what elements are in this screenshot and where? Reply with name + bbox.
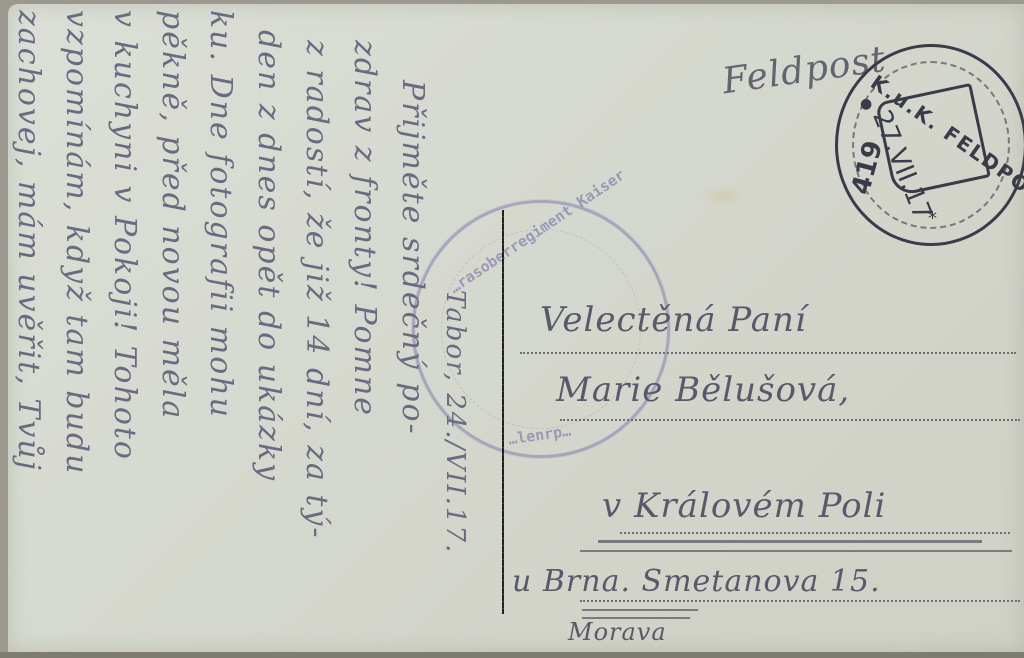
paper-stain	[700, 185, 750, 207]
message-line: den z dnes opět do ukázky	[251, 30, 286, 482]
message-line: z radostí, že již 14 dní, za tý-	[299, 40, 334, 540]
address-name: Marie Bělušová,	[556, 370, 850, 410]
address-salutation: Velectěná Paní	[540, 300, 807, 340]
address-underline-3	[598, 540, 982, 543]
address-rule	[580, 550, 1012, 552]
address-line-3	[620, 532, 1010, 534]
message-line: v kuchyni v Pokoji! Tohoto	[107, 10, 142, 461]
message-address-divider	[502, 210, 504, 614]
address-region: Morava	[568, 618, 667, 646]
postmark-dot: ●	[860, 96, 872, 112]
address-town: v Královém Poli	[602, 486, 886, 526]
message-line: vzpomínám, když tam budu	[59, 10, 94, 475]
message-place-date: Tabor, 24./VII.17.	[440, 290, 470, 554]
address-line-2	[560, 419, 1020, 421]
table-surface	[0, 652, 1024, 658]
message-line: pěkně, před novou měla	[155, 10, 190, 420]
address-line-1	[520, 352, 1016, 354]
message-line: ku. Dne fotografii mohu	[203, 10, 238, 419]
message-line: zdrav z fronty! Pomne	[347, 40, 382, 417]
postmark-star: *	[928, 208, 937, 229]
address-underline-4a	[582, 609, 698, 611]
address-street: u Brna. Smetanova 15.	[512, 564, 881, 599]
message-line: Přijměte srdečný po-	[395, 80, 430, 436]
address-line-4	[580, 600, 1020, 602]
message-line: zachovej, mám uvěřit, Tvůj	[11, 10, 46, 472]
